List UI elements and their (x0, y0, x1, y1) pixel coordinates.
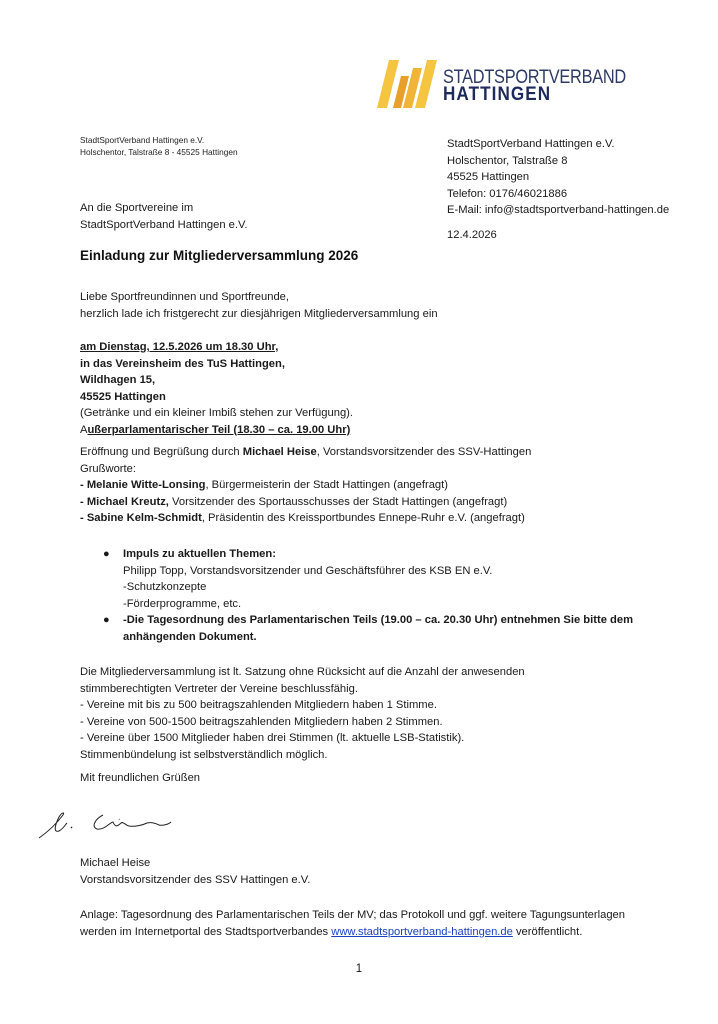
opening-text: Eröffnung und Begrüßung durch (80, 446, 243, 458)
rule-line: Stimmenbündelung ist selbstverständlich … (80, 747, 525, 764)
attachment-line2: werden im Internetportal des Stadtsportv… (80, 924, 625, 941)
bullet-item: ● Impuls zu aktuellen Themen: Philipp To… (100, 546, 633, 612)
closing: Mit freundlichen Grüßen (80, 770, 200, 787)
signer-role: Vorstandsvorsitzender des SSV Hattingen … (80, 872, 310, 889)
rule-line: stimmberechtigten Vertreter der Vereine … (80, 681, 525, 698)
recipient-address: An die Sportvereine im StadtSportVerband… (80, 200, 248, 233)
speaker-name: - Melanie Witte-Lonsing (80, 479, 205, 491)
program: Eröffnung und Begrüßung durch Michael He… (80, 444, 531, 527)
bullet-line: -Schutzkonzepte (123, 579, 633, 596)
contact-city: 45525 Hattingen (447, 169, 669, 186)
event-part-heading: Außerparlamentarischer Teil (18.30 – ca.… (80, 422, 353, 439)
program-opening: Eröffnung und Begrüßung durch Michael He… (80, 444, 531, 461)
letter-date: 12.4.2026 (447, 227, 497, 244)
event-details: am Dienstag, 12.5.2026 um 18.30 Uhr, in … (80, 339, 353, 438)
bullet-line: -Förderprogramme, etc. (123, 596, 633, 613)
opening-role: , Vorstandsvorsitzender des SSV-Hattinge… (317, 446, 532, 458)
event-city: 45525 Hattingen (80, 389, 353, 406)
voting-rules: Die Mitgliederversammlung ist lt. Satzun… (80, 664, 525, 763)
signer: Michael Heise Vorstandsvorsitzender des … (80, 855, 310, 888)
page-number: 1 (0, 963, 718, 975)
bullet-heading: Impuls zu aktuellen Themen: (123, 546, 633, 563)
rule-line: - Vereine mit bis zu 500 beitragszahlend… (80, 697, 525, 714)
rule-line: - Vereine von 500-1500 beitragszahlenden… (80, 714, 525, 731)
speaker-item: - Sabine Kelm-Schmidt, Präsidentin des K… (80, 510, 531, 527)
speaker-name: - Michael Kreutz, (80, 496, 169, 508)
signer-name: Michael Heise (80, 855, 310, 872)
speaker-name: - Sabine Kelm-Schmidt (80, 512, 202, 524)
greetings-label: Grußworte: (80, 461, 531, 478)
signature (35, 805, 185, 850)
recipient-line2: StadtSportVerband Hattingen e.V. (80, 217, 248, 234)
contact-phone: Telefon: 0176/46021886 (447, 186, 669, 203)
agenda-bullets: ● Impuls zu aktuellen Themen: Philipp To… (100, 546, 633, 645)
contact-block: StadtSportVerband Hattingen e.V. Holsche… (447, 136, 669, 219)
attachment-line1: Anlage: Tagesordnung des Parlamentarisch… (80, 907, 625, 924)
bullet-icon: ● (103, 546, 110, 563)
sender-org: StadtSportVerband Hattingen e.V. (80, 134, 238, 146)
bullet-icon: ● (103, 612, 110, 629)
logo-text-line2: HATTINGEN (443, 85, 551, 105)
event-datetime: am Dienstag, 12.5.2026 um 18.30 Uhr, (80, 339, 353, 356)
sender-address-line: StadtSportVerband Hattingen e.V. Holsche… (80, 134, 238, 158)
rule-line: - Vereine über 1500 Mitglieder haben dre… (80, 730, 525, 747)
sender-street: Holschentor, Talstraße 8 - 45525 Hatting… (80, 146, 238, 158)
signature-icon (35, 805, 185, 845)
event-venue: in das Vereinsheim des TuS Hattingen, (80, 356, 353, 373)
website-link[interactable]: www.stadtsportverband-hattingen.de (331, 926, 513, 938)
speaker-role: Vorsitzender des Sportausschusses der St… (169, 496, 507, 508)
attachment-text: werden im Internetportal des Stadtsportv… (80, 926, 331, 938)
letter-title: Einladung zur Mitgliederversammlung 2026 (80, 248, 358, 263)
attachment-note: Anlage: Tagesordnung des Parlamentarisch… (80, 907, 625, 940)
opening-speaker: Michael Heise (243, 446, 317, 458)
attachment-text-end: veröffentlicht. (513, 926, 582, 938)
event-part-title: ußerparlamentarischer Teil (18.30 – ca. … (87, 424, 350, 436)
rule-line: Die Mitgliederversammlung ist lt. Satzun… (80, 664, 525, 681)
speaker-item: - Michael Kreutz, Vorsitzender des Sport… (80, 494, 531, 511)
speaker-role: , Präsidentin des Kreissportbundes Ennep… (202, 512, 525, 524)
logo: STADTSPORTVERBAND HATTINGEN (375, 58, 635, 110)
event-street: Wildhagen 15, (80, 372, 353, 389)
contact-email: E-Mail: info@stadtsportverband-hattingen… (447, 202, 669, 219)
event-catering: (Getränke und ein kleiner Imbiß stehen z… (80, 405, 353, 422)
speaker-item: - Melanie Witte-Lonsing, Bürgermeisterin… (80, 477, 531, 494)
recipient-line1: An die Sportvereine im (80, 200, 248, 217)
greeting-salutation: Liebe Sportfreundinnen und Sportfreunde, (80, 289, 438, 306)
logo-bars-icon (375, 58, 441, 110)
bullet-item: ● -Die Tagesordnung des Parlamentarische… (100, 612, 633, 645)
bullet-heading-cont: anhängenden Dokument. (123, 629, 633, 646)
greeting: Liebe Sportfreundinnen und Sportfreunde,… (80, 289, 438, 322)
contact-org: StadtSportVerband Hattingen e.V. (447, 136, 669, 153)
greeting-invitation: herzlich lade ich fristgerecht zur diesj… (80, 306, 438, 323)
bullet-line: Philipp Topp, Vorstandsvorsitzender und … (123, 563, 633, 580)
contact-street: Holschentor, Talstraße 8 (447, 153, 669, 170)
speaker-role: , Bürgermeisterin der Stadt Hattingen (a… (205, 479, 448, 491)
bullet-heading: -Die Tagesordnung des Parlamentarischen … (123, 612, 633, 629)
